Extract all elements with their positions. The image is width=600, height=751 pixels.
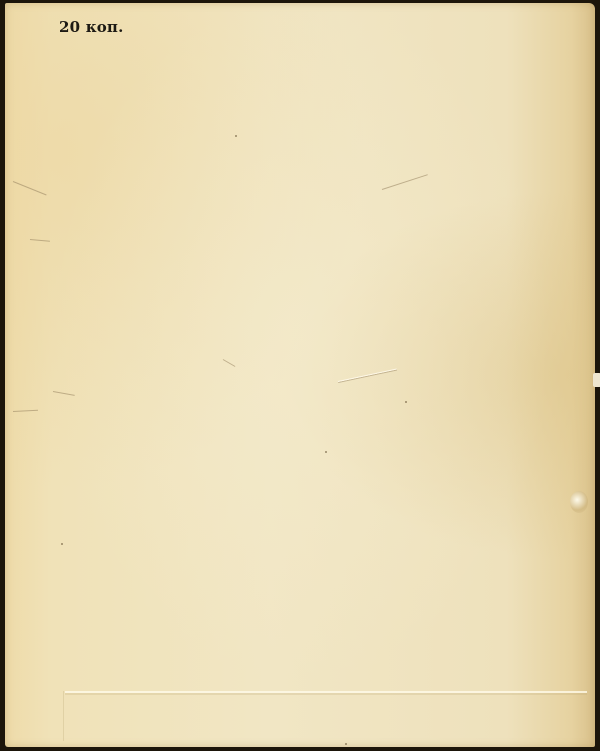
paper-scratch (338, 369, 397, 382)
paper-speck (235, 135, 237, 137)
paper-scratch (382, 174, 428, 190)
paper-speck (345, 743, 347, 745)
paper-crease (570, 491, 588, 513)
paper-scratch (30, 239, 50, 242)
paper-speck (61, 543, 63, 545)
paper-speck (405, 401, 407, 403)
paper-scratch (53, 391, 75, 396)
scanned-page-background: 20 коп. (0, 0, 600, 751)
price-label: 20 коп. (59, 18, 124, 36)
back-cover-page: 20 коп. (5, 3, 595, 747)
paper-speck (325, 451, 327, 453)
paper-scratch (13, 410, 38, 412)
paper-scratch (223, 359, 236, 367)
paper-scratch (13, 181, 47, 195)
edge-tear (593, 373, 600, 387)
